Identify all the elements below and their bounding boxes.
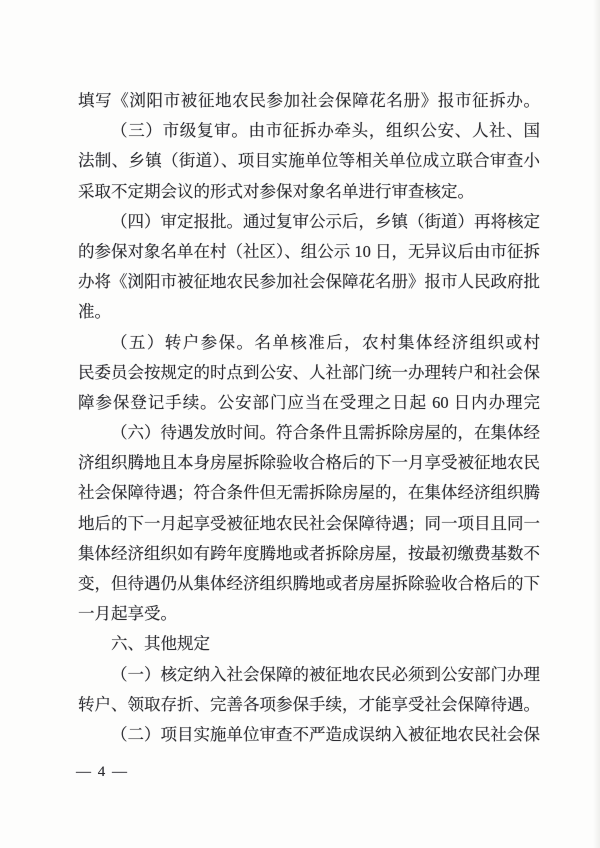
text-line: 采取不定期会议的形式对参保对象名单进行审查核定。 [78,177,540,207]
text-line: （六）待遇发放时间。符合条件且需拆除房屋的，在集体经 [78,418,540,448]
text-line: 济组织腾地且本身房屋拆除验收合格后的下一月享受被征地农民 [78,448,540,478]
text-line: 社会保障待遇；符合条件但无需拆除房屋的，在集体经济组织腾 [78,478,540,508]
scan-edge-shadow [593,0,600,848]
document-page: 填写《浏阳市被征地农民参加社会保障花名册》报市征拆办。（三）市级复审。由市征拆办… [0,0,600,848]
text-line: 准。 [78,297,540,327]
document-body: 填写《浏阳市被征地农民参加社会保障花名册》报市征拆办。（三）市级复审。由市征拆办… [78,86,540,750]
text-line: 一月起享受。 [78,599,540,629]
text-line: 法制、乡镇（街道）、项目实施单位等相关单位成立联合审查小组， [78,146,540,176]
text-line: （一）核定纳入社会保障的被征地农民必须到公安部门办理 [78,660,540,690]
text-line: 办将《浏阳市被征地农民参加社会保障花名册》报市人民政府批 [78,267,540,297]
text-line: 转户、领取存折、完善各项参保手续，才能享受社会保障待遇。 [78,690,540,720]
text-line: 填写《浏阳市被征地农民参加社会保障花名册》报市征拆办。 [78,86,540,116]
text-line: （四）审定报批。通过复审公示后，乡镇（街道）再将核定 [78,207,540,237]
text-line: 的参保对象名单在村（社区）、组公示 10 日，无异议后由市征拆 [78,237,540,267]
text-line: （五）转户参保。名单核准后，农村集体经济组织或村（居） [78,328,540,358]
page-number: — 4 — [76,763,129,781]
text-line: 障参保登记手续。公安部门应当在受理之日起 60 日内办理完毕。 [78,388,540,418]
text-line: 地后的下一月起享受被征地农民社会保障待遇；同一项目且同一 [78,509,540,539]
text-line: （二）项目实施单位审查不严造成误纳入被征地农民社会保 [78,720,540,750]
text-line: 民委员会按规定的时点到公安、人社部门统一办理转户和社会保 [78,358,540,388]
text-line: （三）市级复审。由市征拆办牵头，组织公安、人社、国土、 [78,116,540,146]
text-line: 六、其他规定 [78,629,540,659]
text-line: 变，但待遇仍从集体经济组织腾地或者房屋拆除验收合格后的下 [78,569,540,599]
text-line: 集体经济组织如有跨年度腾地或者拆除房屋，按最初缴费基数不 [78,539,540,569]
